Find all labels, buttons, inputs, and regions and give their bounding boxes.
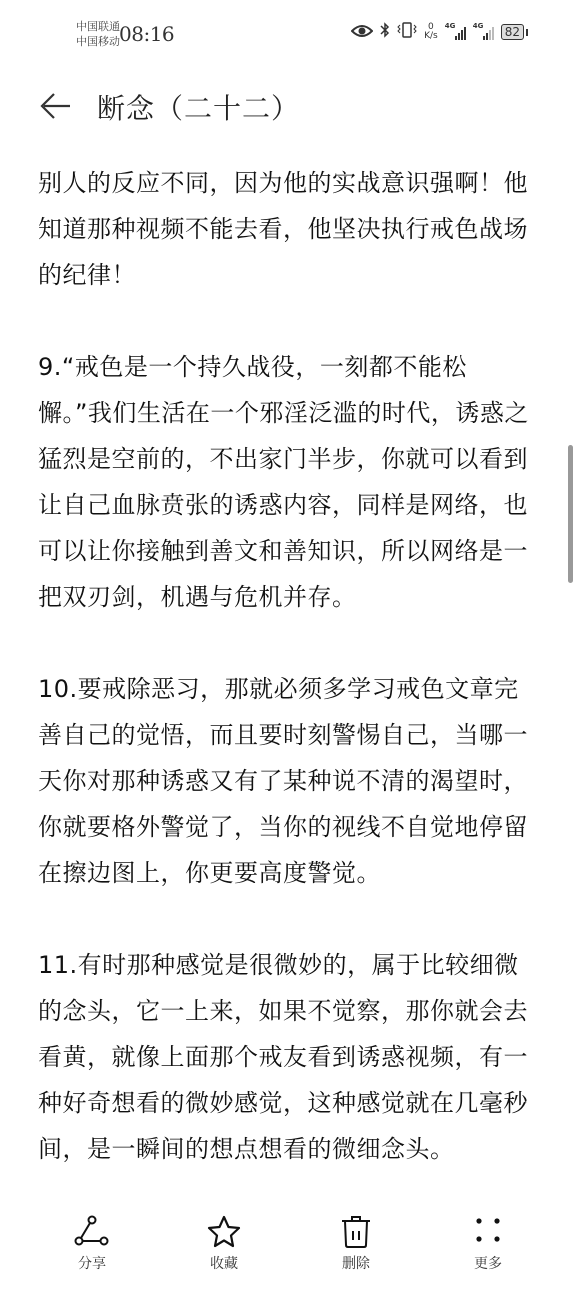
paragraph: 10.要戒除恶习，那就必须多学习戒色文章完善自己的觉悟，而且要时刻警惕自己，当哪… xyxy=(38,666,538,896)
carrier-1: 中国联通 xyxy=(76,19,120,34)
bluetooth-icon xyxy=(380,22,390,42)
scrollbar[interactable] xyxy=(568,445,573,583)
favorite-button[interactable]: 收藏 xyxy=(184,1215,264,1273)
more-button[interactable]: 更多 xyxy=(448,1215,528,1273)
clock: 08:16 xyxy=(119,22,174,46)
carrier-2: 中国移动 xyxy=(76,34,120,49)
battery-icon: 82 xyxy=(501,24,524,40)
star-icon xyxy=(206,1215,242,1249)
share-label: 分享 xyxy=(78,1253,106,1273)
vibrate-icon xyxy=(397,22,417,42)
delete-button[interactable]: 删除 xyxy=(316,1215,396,1273)
paragraph: 别人的反应不同，因为他的实战意识强啊！他知道那种视频不能去看，他坚决执行戒色战场… xyxy=(38,160,538,298)
paragraph: 9.“戒色是一个持久战役，一刻都不能松懈。”我们生活在一个邪淫泛滥的时代，诱惑之… xyxy=(38,344,538,620)
delete-label: 删除 xyxy=(342,1253,370,1273)
more-dots-icon xyxy=(470,1215,506,1249)
trash-icon xyxy=(338,1215,374,1249)
eye-comfort-icon xyxy=(351,23,373,42)
share-button[interactable]: 分享 xyxy=(52,1215,132,1273)
signal-sim1-icon: 4G xyxy=(445,24,466,40)
paragraph: 11.有时那种感觉是很微妙的，属于比较细微的念头，它一上来，如果不觉察，那你就会… xyxy=(38,942,538,1172)
favorite-label: 收藏 xyxy=(210,1253,238,1273)
network-speed: 0 K/s xyxy=(424,23,438,41)
more-label: 更多 xyxy=(474,1253,502,1273)
status-icons: 0 K/s 4G 4G 82 xyxy=(351,22,524,42)
carrier-names: 中国联通 中国移动 xyxy=(76,19,120,49)
back-button[interactable] xyxy=(38,88,74,124)
status-bar: 中国联通 中国移动 08:16 0 K/s 4G 4G 82 xyxy=(0,0,580,70)
signal-sim2-icon: 4G xyxy=(473,24,494,40)
header: 断念（二十二） xyxy=(0,80,580,130)
article-content: 别人的反应不同，因为他的实战意识强啊！他知道那种视频不能去看，他坚决执行戒色战场… xyxy=(38,160,538,1218)
share-icon xyxy=(74,1215,110,1249)
bottom-action-bar: 分享 收藏 删除 更多 xyxy=(0,1210,580,1289)
page-title: 断念（二十二） xyxy=(97,87,300,127)
arrow-left-icon xyxy=(38,88,74,124)
